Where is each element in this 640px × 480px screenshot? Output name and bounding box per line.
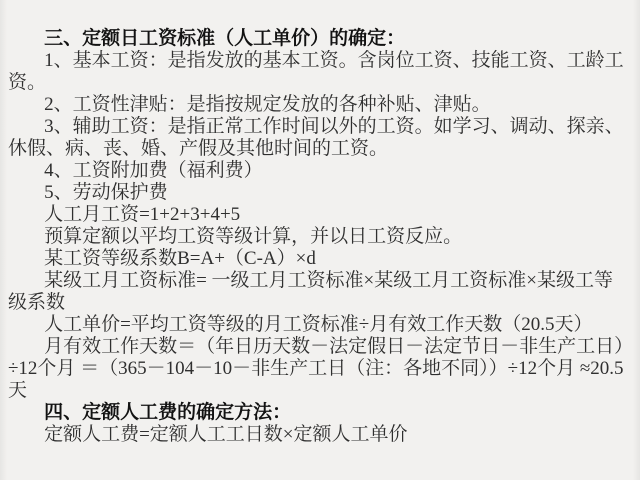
paragraph-wage-surcharge: 4、工资附加费（福利费）: [8, 160, 630, 182]
formula-monthly-wage: 人工月工资=1+2+3+4+5: [8, 204, 630, 226]
slide-page: 三、定额日工资标准（人工单价）的确定： 1、基本工资：是指发放的基本工资。含岗位…: [0, 0, 640, 480]
formula-monthly-effective-workdays: 月有效工作天数＝（年日历天数－法定假日－法定节日－非生产工日）÷12个月 ＝（3…: [8, 336, 630, 402]
section-4-heading: 四、定额人工费的确定方法：: [8, 402, 630, 424]
paragraph-budget-quota-note: 预算定额以平均工资等级计算，并以日工资反应。: [8, 226, 630, 248]
formula-grade-monthly-wage-standard: 某级工月工资标准= 一级工月工资标准×某级工月工资标准×某级工等级系数: [8, 270, 630, 314]
formula-wage-grade-coefficient: 某工资等级系数B=A+（C-A）×d: [8, 248, 630, 270]
paragraph-wage-allowance: 2、工资性津贴：是指按规定发放的各种补贴、津贴。: [8, 94, 630, 116]
paragraph-labor-protection-fee: 5、劳动保护费: [8, 182, 630, 204]
paragraph-basic-wage: 1、基本工资：是指发放的基本工资。含岗位工资、技能工资、工龄工资。: [8, 50, 630, 94]
formula-quota-labor-cost: 定额人工费=定额人工工日数×定额人工单价: [8, 424, 630, 446]
paragraph-auxiliary-wage: 3、辅助工资：是指正常工作时间以外的工资。如学习、调动、探亲、休假、病、丧、婚、…: [8, 116, 630, 160]
formula-labor-unit-price: 人工单价=平均工资等级的月工资标准÷月有效工作天数（20.5天）: [8, 314, 630, 336]
slide-content: 三、定额日工资标准（人工单价）的确定： 1、基本工资：是指发放的基本工资。含岗位…: [0, 0, 640, 446]
section-3-heading: 三、定额日工资标准（人工单价）的确定：: [8, 28, 630, 50]
